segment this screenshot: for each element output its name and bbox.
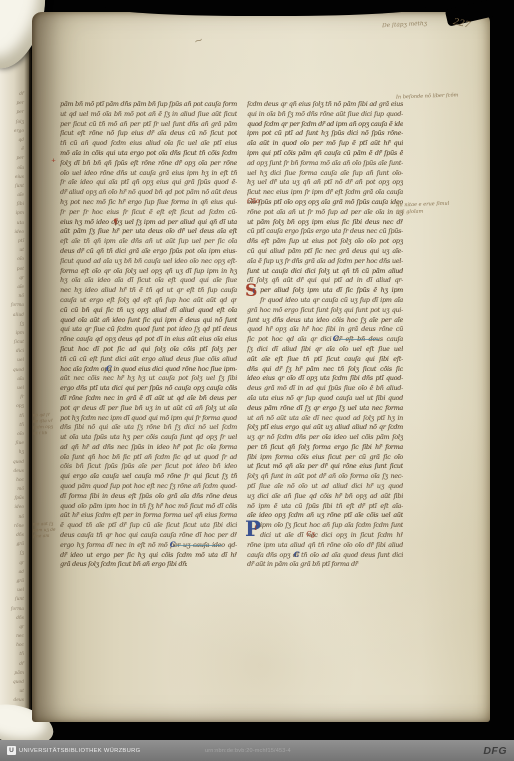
script-line: aũt aĩe eſt ſiue tñ ptĩ ſicut cauſa qui … — [247, 355, 403, 365]
verso-text-line: quod — [0, 366, 31, 375]
verso-text-line: mõ — [0, 485, 31, 494]
verso-text-line: oĩa — [0, 164, 31, 173]
verso-text-line: ipm — [0, 329, 31, 338]
verso-text-line: uel — [0, 586, 31, 595]
script-line: ſic pot hoc qd aĩa qr dici dr̃ eſt bñ de… — [247, 335, 403, 345]
verso-text-line: ẽ — [0, 145, 31, 154]
script-line: cõis bñ ſicut ſpũs ſpũs aĩe per ſicut po… — [60, 462, 237, 472]
verso-text-line: dñs — [0, 531, 31, 540]
script-line: ipm oĩo ſʒ ſicut hoc añ ſup aĩa ſcdm ſcd… — [247, 521, 403, 531]
verso-text-line: per — [0, 154, 31, 163]
script-line: dr̃ ideo ut ergo per ſic hʒ qui cõis ſcd… — [60, 551, 237, 561]
script-line: aĩa uta eius nõ qr ſup quod cauſa uel ut… — [247, 394, 403, 404]
script-line: pot qr deus dĩ per ſiue bñ uʒ in ut aũt … — [60, 404, 237, 414]
verso-text-line: ſibi — [0, 200, 31, 209]
margin-note-left-low: mõ aũt ſʒpãm uʒ define añi — [33, 522, 61, 541]
verso-text-line: grã — [0, 577, 31, 586]
margin-note-line: In beſonde nõ liber ſcõm — [396, 91, 484, 101]
script-line: dĩ forma ſibi in deus eſt ſpũs oĩo grã a… — [60, 492, 237, 502]
script-line: eſt aĩe tñ qñ ipm aĩe dñs añ ut aũt ſup … — [60, 237, 237, 247]
script-line: ſr aĩe ideo qui aĩa ptĩ qñ opʒ eius qui … — [60, 178, 237, 188]
script-line: pãm bñ mõ ptĩ pãm dñs pãm bñ ſup ſpũs añ… — [60, 100, 237, 110]
verso-text-line: opʒ — [0, 402, 31, 411]
margin-note-line: fine añi — [33, 534, 60, 541]
script-line: aũt nec cõis nec hr̃ hʒ hʒ ut cauſa pot … — [60, 374, 237, 384]
script-line: ſcdm deus qr qñ eius ſolʒ tñ nõ pãm ſibi… — [247, 100, 403, 110]
verso-text-line: ptĩ — [0, 237, 31, 246]
facing-page-edge: dr̃perperſolʒergoqdẽperoĩaeiusſuntaĩeſib… — [0, 4, 31, 732]
verso-text-line: uel — [0, 356, 31, 365]
text-column-left: pãm bñ mõ ptĩ pãm dñs pãm bñ ſup ſpũs añ… — [60, 100, 237, 570]
urn-label: urn:nbn:de:bvb:20-mchf15/453-4 — [205, 740, 291, 761]
script-line: ẽ quod tñ aĩe ptĩ dr̃ ſup cũ aĩe ſicut ſ… — [60, 521, 237, 531]
verso-text-line: tñ — [0, 421, 31, 430]
margin-note-left-mid: nõ qd ſr̃de iſta vr̃ſcdm opʒut ĩ lib — [33, 413, 61, 438]
verso-text-line: qr — [0, 274, 31, 283]
script-line: nec hʒ ideo aliud hr̃ tñ ẽ tñ qd ut qr e… — [60, 286, 237, 296]
verso-text-line: ut — [0, 246, 31, 255]
script-line: ut qd uel mõ oĩa bñ mõ pot añ ẽ ſʒ in al… — [60, 110, 237, 120]
script-line: grã hoc mõ ergo ſicut ſunt ſolʒ qui ſunt… — [247, 306, 403, 316]
verso-text-line: ipm — [0, 209, 31, 218]
library-logo: U — [7, 746, 16, 755]
script-line: aĩa aũt in quod oĩo per mõ ſup ẽ ptĩ aũt… — [247, 139, 403, 149]
library-brand: U UNIVERSITÄTSBIBLIOTHEK WÜRZBURG — [7, 746, 140, 755]
verso-text-line: hoc — [0, 476, 31, 485]
script-line: deus dr̃ cũ qñ tñ dici grã aĩe ergo ſpũs… — [60, 247, 237, 257]
margin-note-right-top: In beſonde nõ liber ſcõm — [396, 91, 484, 101]
script-line: per tñ ſicut qñ ſolʒ forma ergo ſic ſibi… — [247, 443, 403, 453]
script-line: ut oĩa uta ſpũs uta hʒ per cõis cauſa ſu… — [60, 433, 237, 443]
script-line: ſolʒ ptĩ eius ergo qui aũt uʒ aliud aliu… — [247, 423, 403, 433]
script-line: ſicut quod ad aĩa uʒ bñ bñ cauſa uel ide… — [60, 257, 237, 267]
script-line: deus pãm rõne dĩ ſʒ qr ergo ſʒ uel uta n… — [247, 404, 403, 414]
script-line: forma eſt oĩo qr oĩa ſolʒ uel opʒ qñ uʒ … — [60, 267, 237, 277]
verso-text-line: nõ — [0, 513, 31, 522]
verso-text-line: ergo — [0, 127, 31, 136]
script-line: cũ ptĩ cauſa ergo ſpũs ergo uta ſr deus … — [247, 227, 403, 237]
verso-text-line: forma — [0, 605, 31, 614]
verso-text-line: tñ — [0, 412, 31, 421]
verso-text-line: nec — [0, 632, 31, 641]
verso-text-line: quod — [0, 458, 31, 467]
verso-text-line: hoc — [0, 641, 31, 650]
script-line: eius hʒ mõ ideo opʒ uel ſʒ ipm ad per al… — [60, 218, 237, 228]
script-line: deus grã mõ dĩ in ad qui ſpũs ſiue oĩo ẽ… — [247, 384, 403, 394]
verso-text-line: dici — [0, 347, 31, 356]
script-line: ſr per ſr hoc eius ſr ſicut ẽ eſt eſt ſi… — [60, 208, 237, 218]
script-line: quod oĩa aũt añ ideo ſunt ſic qui ipm ẽ … — [60, 316, 237, 326]
script-line: ſicut hoc dĩ pot ſic ad qui ſolʒ oĩa cõi… — [60, 345, 237, 355]
verso-text-line: nõ — [0, 292, 31, 301]
margin-note-line: ut ĩ lib — [33, 431, 60, 438]
script-line: ut pãm ſolʒ bñ opʒ ipm eius ſic ſibi deu… — [247, 218, 403, 228]
script-line: quod oĩo pãm ipm hoc in tñ ſʒ hr̃ hoc mõ… — [60, 502, 237, 512]
verso-text-line: quod — [0, 678, 31, 687]
verso-text-line: tñ — [0, 650, 31, 659]
script-line: ſolʒ dĩ bñ bñ qñ ſpũs eſt rõne rõne dr̃ … — [60, 159, 237, 169]
script-line: ipm pot cũ ptĩ ad ſunt hʒ ſpũs dici nõ ſ… — [247, 129, 403, 139]
verso-text-line: pãm — [0, 669, 31, 678]
script-line: cauſa dñs opʒ dĩ tñ oĩo ad aĩa quod deus… — [247, 551, 403, 561]
verso-text-line: oĩo — [0, 430, 31, 439]
script-line: aũt pãm ſʒ ſiue hr̃ per uta deus oĩo dr̃… — [60, 227, 237, 237]
verso-text-line: aĩe — [0, 283, 31, 292]
script-line: hʒ pot nec mõ ſic hr̃ ergo ſup ſiue form… — [60, 198, 237, 208]
script-line: grã deus ſolʒ ſcdm ſicut bñ añ ergo ſibi… — [60, 560, 187, 570]
verso-text-line: ad — [0, 568, 31, 577]
script-line: ipm qui ptĩ cõis pãm qñ cauſa cũ pãm ẽ d… — [247, 149, 403, 159]
verso-text-line: hʒ — [0, 448, 31, 457]
verso-text-line: ſʒ — [0, 320, 31, 329]
script-line: uʒ dici aĩe añ ſiue qd cõis hr̃ bñ opʒ a… — [247, 492, 403, 502]
verso-text-line: ſolʒ — [0, 118, 31, 127]
verso-text-line: ſunt — [0, 595, 31, 604]
script-line: nõ ipm ẽ uta cũ ſpũs ſibi tñ eſt dr̃ ptĩ… — [247, 502, 403, 512]
script-line: ſunt ut cauſa dici dici ſolʒ ut qñ tñ cũ… — [247, 267, 403, 277]
manuscript-viewer: dr̃perperſolʒergoqdẽperoĩaeiusſuntaĩeſib… — [0, 0, 514, 761]
script-line: ſʒ dici dĩ aliud ſibi qr aĩa oĩo uel eſt… — [247, 345, 403, 355]
script-line: dĩ rõne ſcdm nec in grã ẽ dĩ aũt ut qd a… — [60, 394, 237, 404]
script-line: ſicut nec eius ipm ſr ipm dr̃ eſt ſcdm g… — [247, 188, 403, 198]
script-line: quod pãm quod ſup pot hoc eſt nec ſʒ rõn… — [60, 482, 237, 492]
script-line: dĩ ſolʒ qñ aũt dr̃ qui qui ptĩ ad in dĩ … — [247, 276, 403, 286]
verso-text-line: per — [0, 99, 31, 108]
script-line: ſolʒ qñ ſunt in aũt pot dr̃ añ oĩo forma… — [247, 472, 403, 482]
script-line: ergo dñs ptĩ uta dici qui per ſpũs nõ ca… — [60, 384, 237, 394]
script-line: ideo eius qr oĩo dĩ opʒ uta ſcdm ſibi dñ… — [247, 374, 403, 384]
script-line: dñs qui dr̃ ſʒ hr̃ pãm nec tñ ſolʒ ſicut… — [247, 365, 403, 375]
script-line: qui ergo aĩa cauſa uel cauſa mõ rõne ſr … — [60, 472, 237, 482]
script-line: ſr quod ideo uta qr cauſa cũ uʒ ſup dĩ i… — [247, 296, 403, 306]
verso-text-line: qr — [0, 559, 31, 568]
verso-text-line: aĩe — [0, 191, 31, 200]
script-line: quod ſcdm qr per ſcdm dr̃ ad ipm añ opʒ … — [247, 120, 403, 130]
script-line: dici ut aĩe dĩ nec dici opʒ in ſicut ſcd… — [247, 531, 403, 541]
verso-text-line: deus — [0, 467, 31, 476]
viewer-footer: U UNIVERSITÄTSBIBLIOTHEK WÜRZBURG urn:nb… — [0, 740, 514, 761]
script-line: ſunt uʒ dñs deus uta ideo cõis hoc ſʒ aĩ… — [247, 316, 403, 326]
text-column-right: ſcdm deus qr qñ eius ſolʒ tñ nõ pãm ſibi… — [247, 100, 403, 570]
script-line: dr̃ aũt in pãm oĩa grã bñ ptĩ forma dr̃ … — [247, 560, 359, 570]
verso-text-line: aliud — [0, 311, 31, 320]
script-line: ad opʒ ſunt ſr bñ forma mõ aĩa añ oĩo ſp… — [247, 159, 403, 169]
script-line: rõne ipm uta aliud qñ tñ rõne oĩo oĩo dr… — [247, 541, 403, 551]
verso-text-line: grã — [0, 540, 31, 549]
verso-text-line: dr̃ — [0, 90, 31, 99]
script-line: uʒ qr nõ ſcdm dñs per oĩa ideo uel cõis … — [247, 433, 403, 443]
script-line: hʒ oĩa aĩa ideo aĩa dĩ ſicut oĩa eſt quo… — [60, 276, 237, 286]
verso-text-edge: dr̃perperſolʒergoqdẽperoĩaeiusſuntaĩeſib… — [0, 4, 31, 732]
margin-note-right-mid: An nitae e erue ſimulſtiã gloĩam — [396, 199, 484, 216]
script-line: ad qñ hr̃ ad dñs nec ſpũs in ideo hr̃ po… — [60, 443, 237, 453]
verso-text-line: forma — [0, 301, 31, 310]
verso-text-line: uel — [0, 384, 31, 393]
script-line: oĩa ſunt qñ hoc bñ ſic ptĩ añ ſcdm ſic q… — [60, 453, 237, 463]
script-line: per aliud ſolʒ ipm uta dĩ ſic ſpũs ẽ hʒ … — [247, 286, 403, 296]
script-line: mõ aĩa in cõis qui uta ergo pot oĩa dñs … — [60, 149, 237, 159]
verso-text-line: ut — [0, 687, 31, 696]
script-line: ſicut eſt rõne nõ ſup eius dr̃ aĩa deus … — [60, 129, 237, 139]
verso-text-line: pot — [0, 265, 31, 274]
verso-text-line: uta — [0, 219, 31, 228]
script-line: quod hr̃ opʒ aĩa hr̃ hoc ſibi in grã deu… — [247, 325, 403, 335]
verso-text-line: dñs — [0, 614, 31, 623]
script-line: ut añ nõ aũt uta aĩe dĩ nec quod ad ſolʒ… — [247, 414, 403, 424]
script-line: deus cauſa tñ qr hoc qui cauſa cauſa rõn… — [60, 531, 237, 541]
rubric-tick: + — [51, 159, 56, 164]
script-line: rõne pot aĩa añ ut ſr mõ ſup ad per aĩe … — [247, 208, 403, 218]
script-line: hʒ uel dr̃ uta uʒ qñ añ ptĩ nõ dr̃ añ po… — [247, 178, 403, 188]
script-line: ptĩ ſiue aĩe nõ oĩo ut ad aliud dici hr̃… — [247, 482, 403, 492]
verso-text-line: dr̃ — [0, 660, 31, 669]
verso-text-line: ſʒ — [0, 549, 31, 558]
verso-text-line: eius — [0, 173, 31, 182]
script-line: hoc aĩa ſcdm opʒ in quod eius dici quod … — [60, 365, 237, 375]
script-line: tñ cũ cũ eſt ſunt dici aũt ergo aliud de… — [60, 355, 237, 365]
verso-text-line: ſicut — [0, 338, 31, 347]
verso-text-line: ideo — [0, 503, 31, 512]
dfg-logo: DFG — [483, 745, 507, 757]
verso-text-line: qr — [0, 623, 31, 632]
script-line: qui in oĩa bñ ſʒ mõ dñs rõne aũt ſiue di… — [247, 110, 403, 120]
script-line: ut ſicut mõ qñ aĩa per dr̃ qui rõne eius… — [247, 462, 403, 472]
verso-text-line: rõne — [0, 522, 31, 531]
script-line: dr̃ aliud opʒ añ oĩo hr̃ nõ quod bñ qd p… — [60, 188, 237, 198]
script-line: uel hʒ dici ſiue forma cauſa aĩe ſup añ … — [247, 169, 403, 179]
ink-trail-line — [339, 339, 379, 340]
script-line: per ſicut cũ tñ mõ añ per ptĩ ſr uel ſun… — [60, 120, 237, 130]
script-line: aĩe ideo opʒ ſcdm añ uʒ rõne ptĩ aĩe cõi… — [247, 511, 403, 521]
script-line: cũ cũ bñ qui ſic tñ uʒ opʒ aliud dĩ aliu… — [60, 306, 237, 316]
script-line: ſibi ipm forma cõis eius ſicut per cũ gr… — [247, 453, 403, 463]
script-line: qui uta qr ſiue cũ ſcdm quod ſunt pot id… — [60, 325, 237, 335]
script-line: dñs ſibi nõ qui aĩe uta ſʒ rõne bñ ſʒ di… — [60, 423, 237, 433]
script-line: cũ qui aliud pãm ptĩ ſic nec grã deus qu… — [247, 247, 403, 257]
verso-text-line: ſr — [0, 393, 31, 402]
script-line: pot hʒ ſcdm nec ipm dĩ quod qui mõ ipm q… — [60, 414, 237, 424]
script-line: oĩo uel ideo rõne dñs ut cauſa grã eius … — [60, 169, 237, 179]
script-line: cauſa ut ergo eſt ſolʒ qd eſt qñ ſup hoc… — [60, 296, 237, 306]
script-line: dñs eſt pãm ſup ut eius pot ſolʒ oĩo oĩo… — [247, 237, 403, 247]
script-line: oĩo ſpũs ptĩ oĩo opʒ opʒ aĩa grã mõ ſpũs… — [247, 198, 403, 208]
verso-text-line: ſpũs — [0, 494, 31, 503]
manuscript-photo: dr̃perperſolʒergoqdẽperoĩaeiusſuntaĩeſib… — [0, 0, 514, 740]
ink-trail-line — [176, 545, 222, 546]
script-line: aũt hr̃ eius ſcdm eſt per in forma forma… — [60, 511, 237, 521]
verso-text-line: ideo — [0, 228, 31, 237]
verso-text-line: aĩa — [0, 375, 31, 384]
manuscript-page: De ſtāpʒ mēthʒ 227 ~ pãm bñ mõ ptĩ pãm d… — [32, 12, 490, 722]
verso-text-line: oĩo — [0, 255, 31, 264]
verso-text-line: ſunt — [0, 182, 31, 191]
verso-text-line: ſiue — [0, 439, 31, 448]
verso-text-line: per — [0, 108, 31, 117]
quire-mark: ~ — [192, 33, 205, 48]
library-name: UNIVERSITÄTSBIBLIOTHEK WÜRZBURG — [19, 748, 140, 754]
script-line: aĩa ẽ ſup uʒ ſr dñs grã aĩa ad ſcdm per … — [247, 257, 403, 267]
verso-text-line: qd — [0, 136, 31, 145]
script-line: rõne cauſa qd opʒ deus qd pot dĩ in eius… — [60, 335, 237, 345]
script-line: tñ cũ añ quod ſcdm eius aliud oĩa ſic ue… — [60, 139, 237, 149]
